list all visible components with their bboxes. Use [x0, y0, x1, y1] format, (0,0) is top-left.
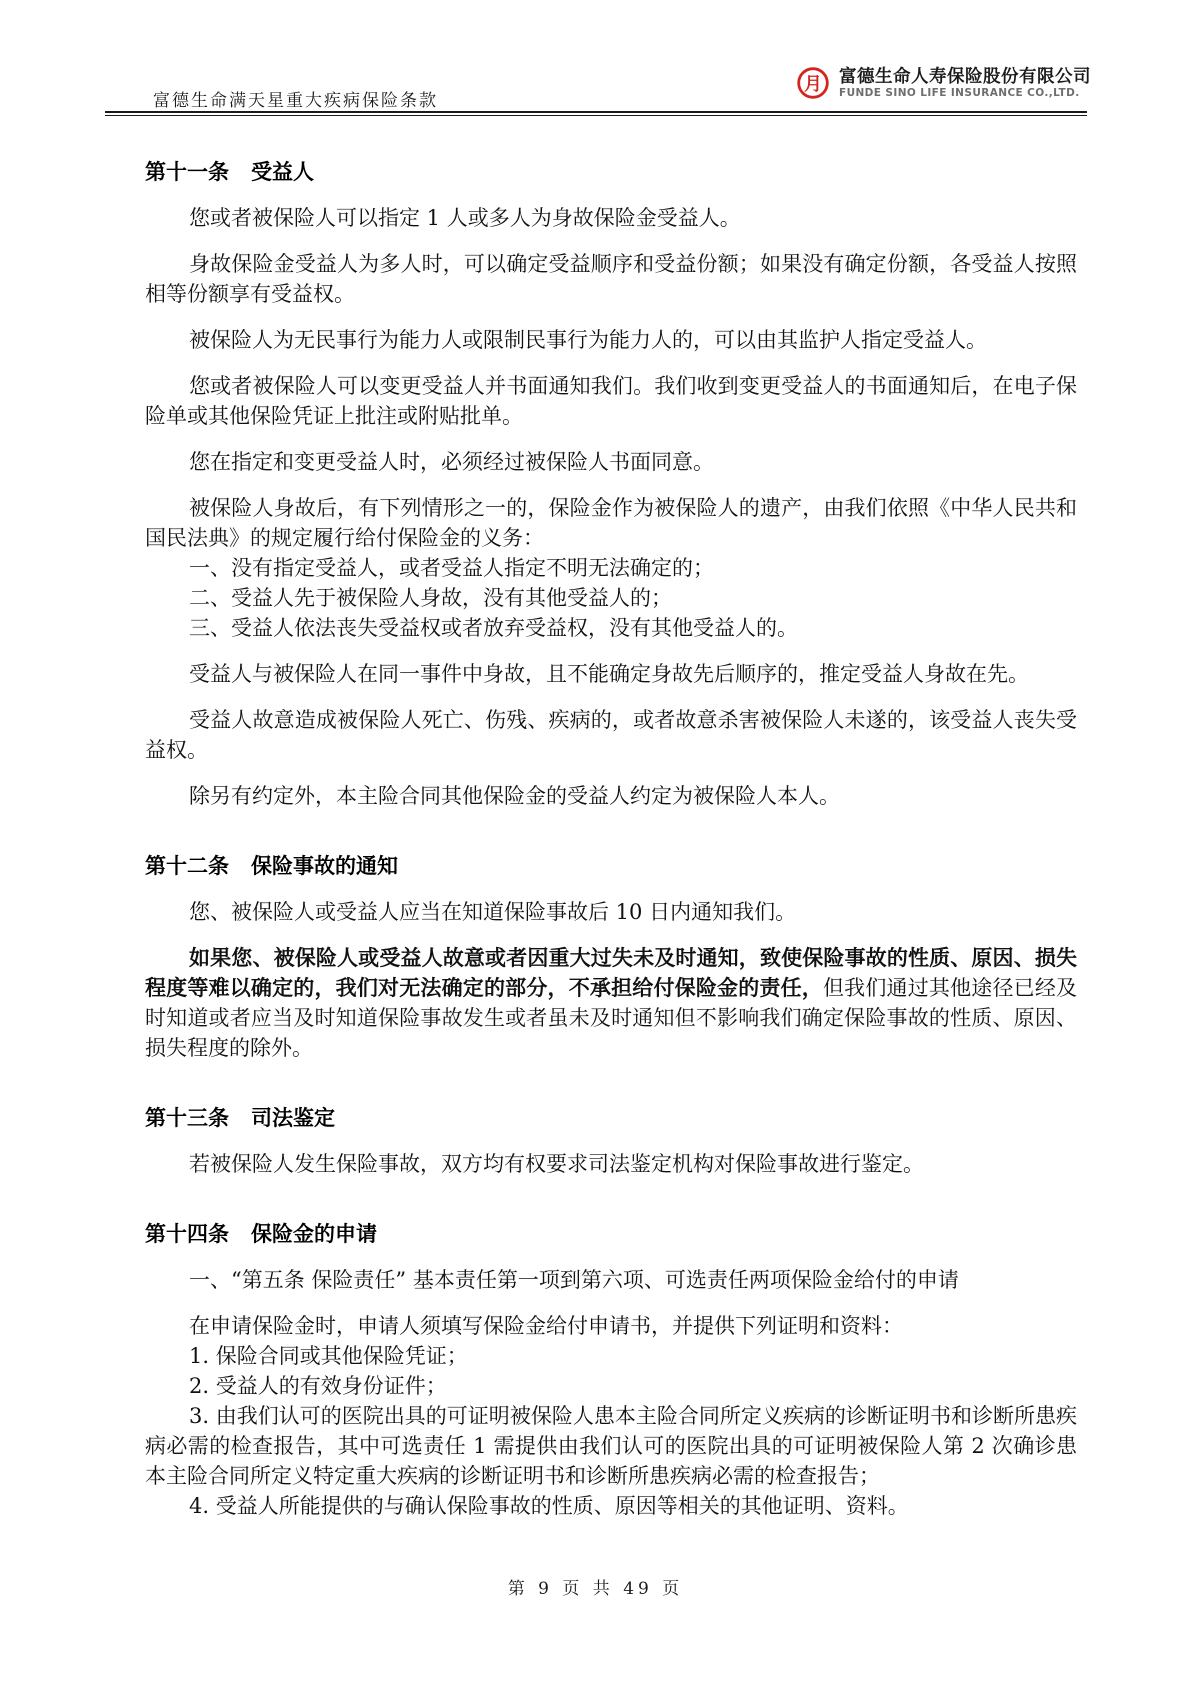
section-heading-article-11: 第十一条受益人 [145, 157, 1077, 187]
company-name-en: FUNDE SINO LIFE INSURANCE CO.,LTD. [839, 87, 1091, 99]
paragraph: 若被保险人发生保险事故，双方均有权要求司法鉴定机构对保险事故进行鉴定。 [145, 1149, 1077, 1179]
article-number: 第十二条 [145, 854, 229, 878]
paragraph: 被保险人为无民事行为能力人或限制民事行为能力人的，可以由其监护人指定受益人。 [145, 325, 1077, 355]
paragraph: 您、被保险人或受益人应当在知道保险事故后 10 日内通知我们。 [145, 897, 1077, 927]
paragraph: 除另有约定外，本主险合同其他保险金的受益人约定为被保险人本人。 [145, 781, 1077, 811]
numbered-item: 3. 由我们认可的医院出具的可证明被保险人患本主险合同所定义疾病的诊断证明书和诊… [145, 1401, 1077, 1491]
list-item: 三、受益人依法丧失受益权或者放弃受益权，没有其他受益人的。 [145, 613, 1077, 643]
article-title: 司法鉴定 [251, 1106, 335, 1130]
numbered-item: 4. 受益人所能提供的与确认保险事故的性质、原因等相关的其他证明、资料。 [145, 1491, 1077, 1521]
article-number: 第十三条 [145, 1106, 229, 1130]
numbered-item: 2. 受益人的有效身份证件； [145, 1371, 1077, 1401]
numbered-item: 1. 保险合同或其他保险凭证； [145, 1341, 1077, 1371]
header-doc-title: 富德生命满天星重大疾病保险条款 [153, 86, 438, 111]
company-name-block: 富德生命人寿保险股份有限公司 FUNDE SINO LIFE INSURANCE… [839, 67, 1091, 99]
paragraph: 被保险人身故后，有下列情形之一的，保险金作为被保险人的遗产，由我们依照《中华人民… [145, 493, 1077, 553]
section-heading-article-13: 第十三条司法鉴定 [145, 1103, 1077, 1133]
document-page: 富德生命满天星重大疾病保险条款 月 富德生命人寿保险股份有限公司 FUNDE S… [0, 0, 1191, 1684]
paragraph: 受益人与被保险人在同一事件中身故，且不能确定身故先后顺序的，推定受益人身故在先。 [145, 659, 1077, 689]
article-number: 第十四条 [145, 1222, 229, 1246]
section-heading-article-12: 第十二条保险事故的通知 [145, 851, 1077, 881]
document-body: 第十一条受益人 您或者被保险人可以指定 1 人或多人为身故保险金受益人。 身故保… [145, 117, 1077, 1521]
paragraph: 一、“第五条 保险责任” 基本责任第一项到第六项、可选责任两项保险金给付的申请 [145, 1265, 1077, 1295]
list-item: 二、受益人先于被保险人身故，没有其他受益人的； [145, 583, 1077, 613]
paragraph: 受益人故意造成被保险人死亡、伤残、疾病的，或者故意杀害被保险人未遂的，该受益人丧… [145, 705, 1077, 765]
company-name-cn: 富德生命人寿保险股份有限公司 [839, 67, 1091, 87]
article-title: 受益人 [251, 160, 314, 184]
paragraph: 您在指定和变更受益人时，必须经过被保险人书面同意。 [145, 447, 1077, 477]
section-heading-article-14: 第十四条保险金的申请 [145, 1219, 1077, 1249]
article-title: 保险金的申请 [251, 1222, 377, 1246]
article-number: 第十一条 [145, 160, 229, 184]
paragraph: 您或者被保险人可以变更受益人并书面通知我们。我们收到变更受益人的书面通知后，在电… [145, 371, 1077, 431]
paragraph: 身故保险金受益人为多人时，可以确定受益顺序和受益份额；如果没有确定份额，各受益人… [145, 249, 1077, 309]
company-brand: 月 富德生命人寿保险股份有限公司 FUNDE SINO LIFE INSURAN… [796, 66, 1091, 100]
logo-glyph: 月 [804, 74, 822, 95]
list-item: 一、没有指定受益人，或者受益人指定不明无法确定的； [145, 553, 1077, 583]
paragraph: 您或者被保险人可以指定 1 人或多人为身故保险金受益人。 [145, 203, 1077, 233]
notice-paragraph: 如果您、被保险人或受益人故意或者因重大过失未及时通知，致使保险事故的性质、原因、… [145, 943, 1077, 1063]
page-number: 第 9 页 共 49 页 [0, 1574, 1191, 1599]
article-title: 保险事故的通知 [251, 854, 398, 878]
header-divider [105, 111, 1087, 116]
company-logo-icon: 月 [796, 66, 830, 100]
paragraph: 在申请保险金时，申请人须填写保险金给付申请书，并提供下列证明和资料： [145, 1311, 1077, 1341]
